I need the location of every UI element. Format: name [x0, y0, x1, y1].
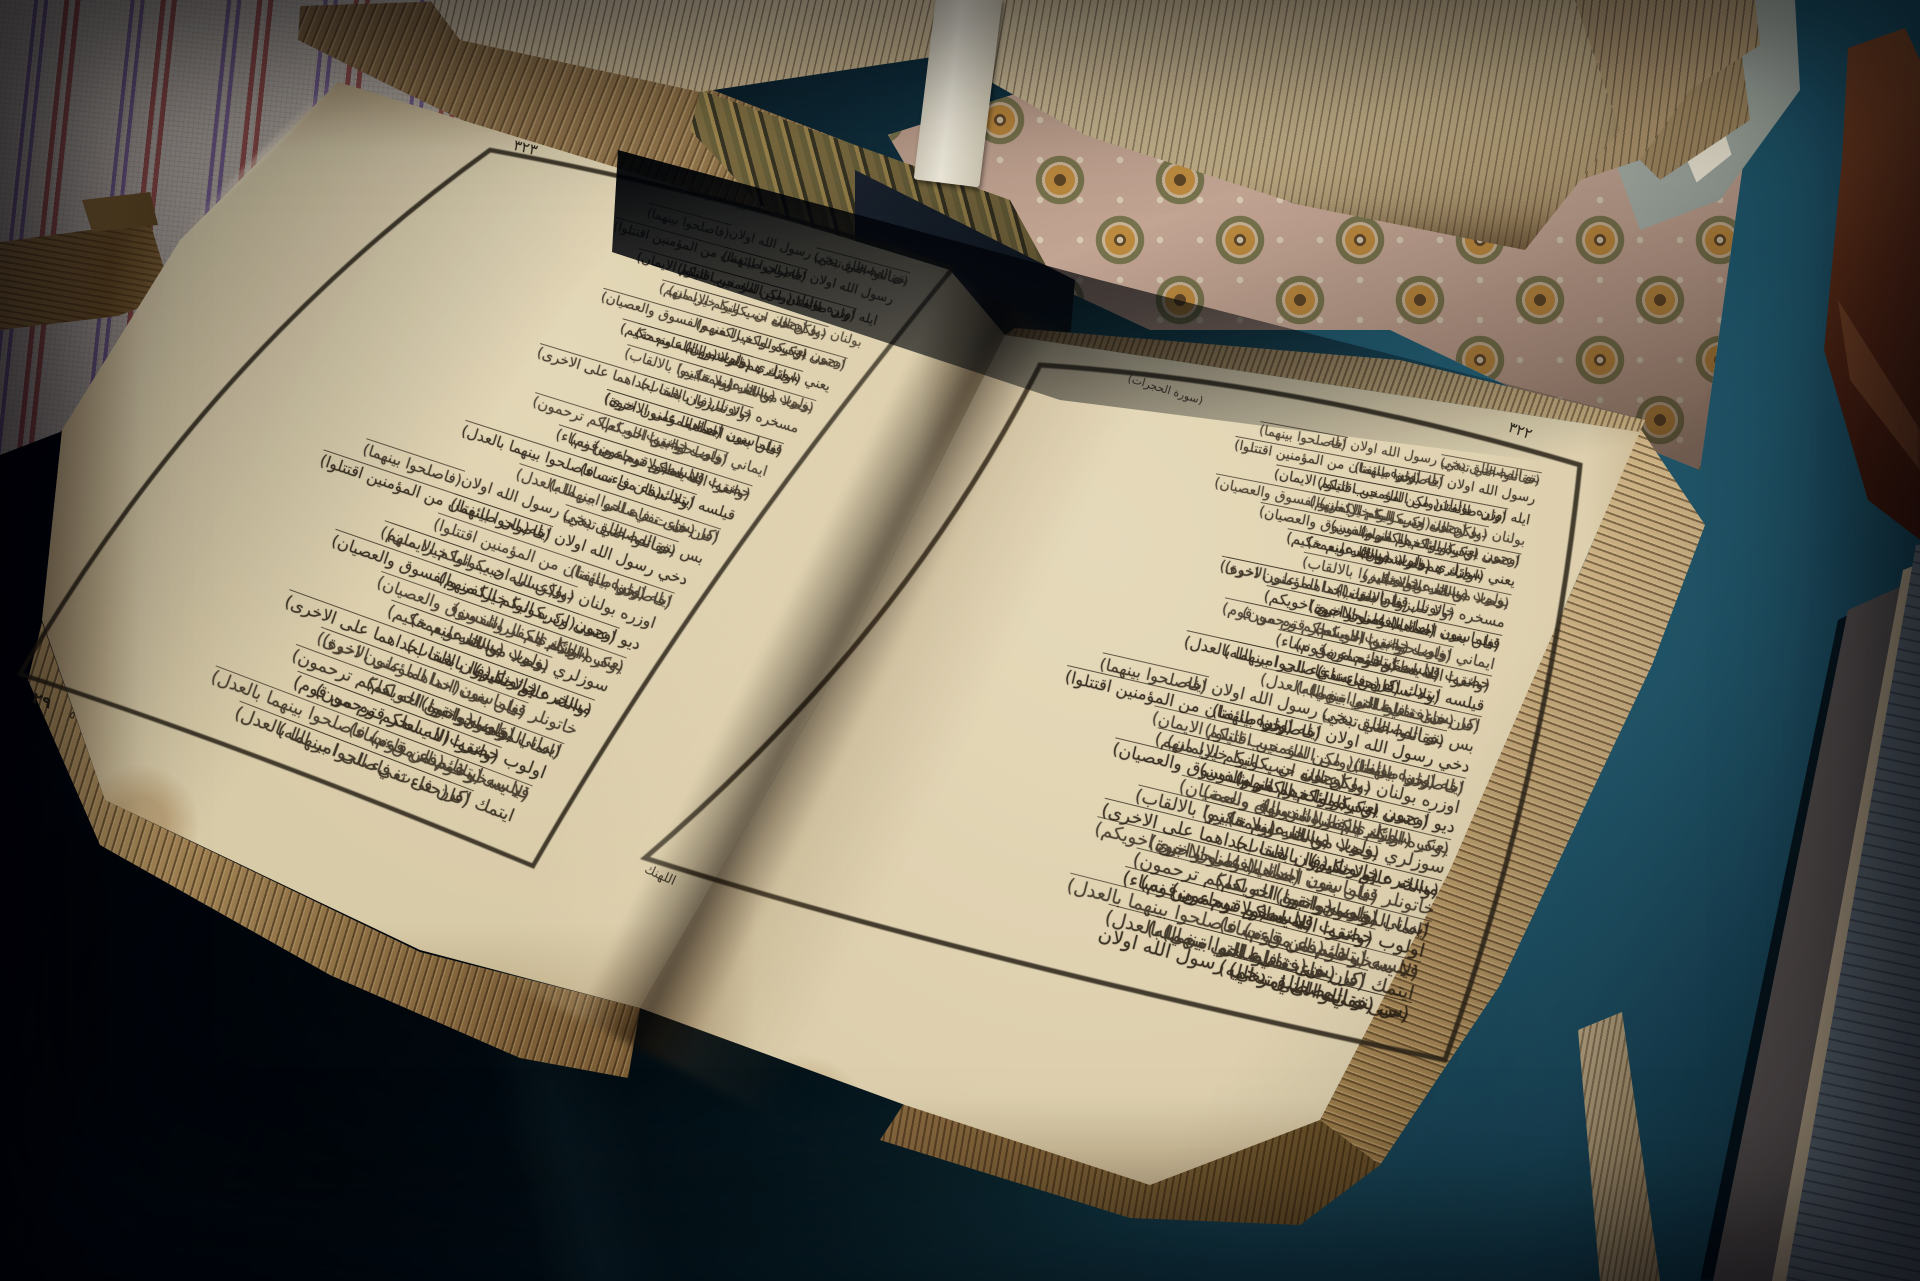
photo-antique-ottoman-books-on-velvet: (فقاتلوا التي تبغي) بنو المصطلق دخي رسول…	[0, 0, 1920, 1281]
